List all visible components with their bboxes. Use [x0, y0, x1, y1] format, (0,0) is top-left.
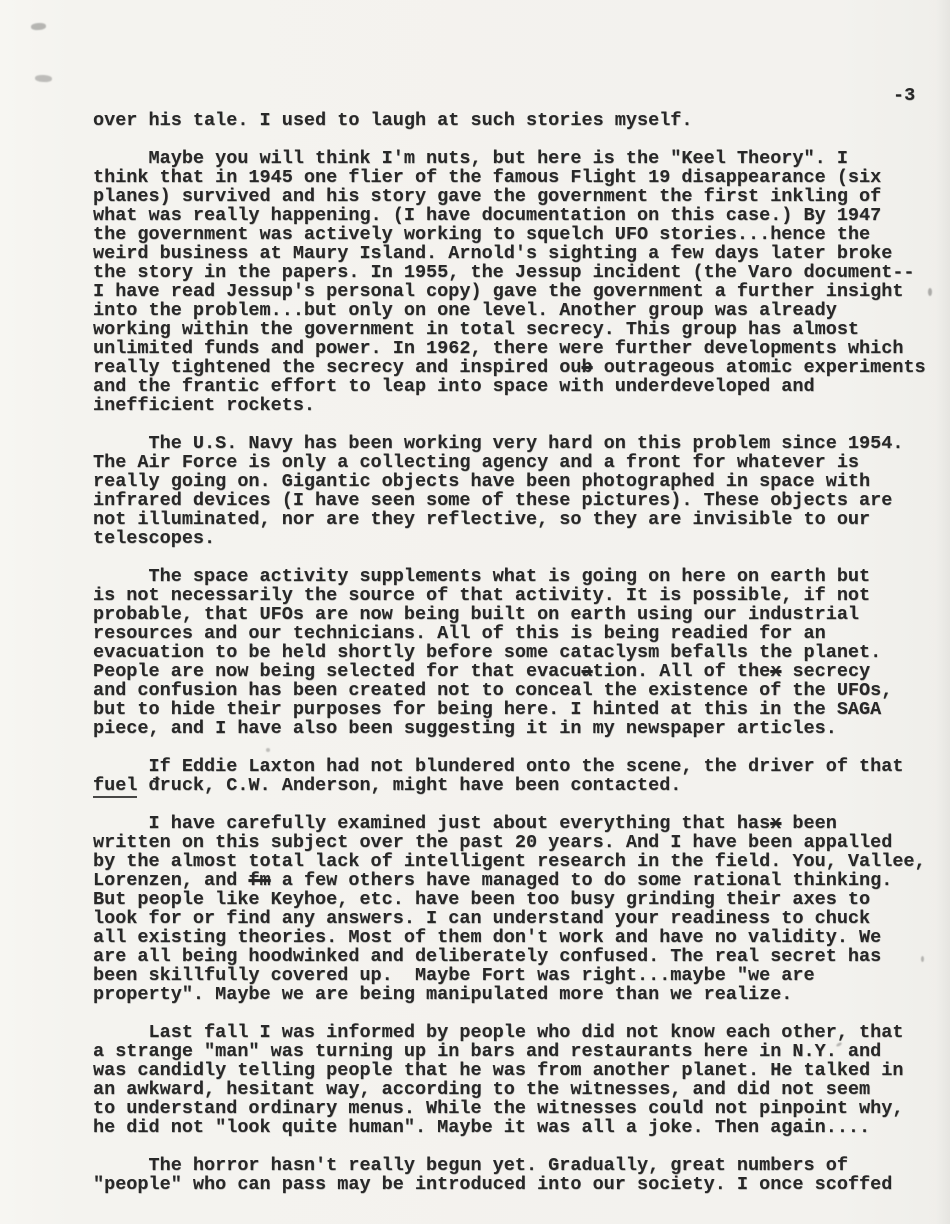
- text-segment: a few others have managed to do some rat…: [271, 870, 893, 891]
- text-line: a strange "man" was turning up in bars a…: [93, 1042, 926, 1061]
- paragraph: Last fall I was informed by people who d…: [93, 1023, 926, 1137]
- text-line: working within the government in total s…: [93, 320, 926, 339]
- text-line: into the problem...but only on one level…: [93, 301, 926, 320]
- text-line: fuel đruck, C.W. Anderson, might have be…: [93, 776, 926, 795]
- text-line: People are now being selected for that e…: [93, 662, 926, 681]
- text-line: The horror hasn't really begun yet. Grad…: [93, 1156, 926, 1175]
- text-line: "people" who can pass may be introduced …: [93, 1175, 926, 1194]
- text-segment: Lorenzen, and: [93, 870, 248, 891]
- text-line: really going on. Gigantic objects have b…: [93, 472, 926, 491]
- overstruck-text: x: [770, 813, 781, 834]
- text-segment: really tightened the secrecy and inspire…: [93, 357, 581, 378]
- paragraph: Maybe you will think I'm nuts, but here …: [93, 149, 926, 415]
- text-line: probable, that UFOs are now being built …: [93, 605, 926, 624]
- text-line: think that in 1945 one flier of the famo…: [93, 168, 926, 187]
- text-line: all existing theories. Most of them don'…: [93, 928, 926, 947]
- overstruck-text: a: [581, 661, 592, 682]
- overstruck-text: b: [581, 357, 592, 378]
- text-line: Lorenzen, and fm a few others have manag…: [93, 871, 926, 890]
- scan-edge-shadow: [936, 0, 950, 1224]
- paragraph: The space activity supplements what is g…: [93, 567, 926, 738]
- text-line: evacuation to be held shortly before som…: [93, 643, 926, 662]
- text-line: look for or find any answers. I can unde…: [93, 909, 926, 928]
- text-line: infrared devices (I have seen some of th…: [93, 491, 926, 510]
- paragraph: If Eddie Laxton had not blundered onto t…: [93, 757, 926, 795]
- text-segment: People are now being selected for that e…: [93, 661, 581, 682]
- text-line: If Eddie Laxton had not blundered onto t…: [93, 757, 926, 776]
- text-line: The Air Force is only a collecting agenc…: [93, 453, 926, 472]
- overstruck-text: x: [770, 661, 781, 682]
- text-line: resources and our technicians. All of th…: [93, 624, 926, 643]
- text-segment: outrageous atomic experiments: [593, 357, 926, 378]
- text-line: are all being hoodwinked and deliberatel…: [93, 947, 926, 966]
- overstruck-text: fm: [248, 870, 270, 891]
- paragraph: I have carefully examined just about eve…: [93, 814, 926, 1004]
- text-line: but to hide their purposes for being her…: [93, 700, 926, 719]
- text-line: the story in the papers. In 1955, the Je…: [93, 263, 926, 282]
- text-line: been skillfully covered up. Maybe Fort w…: [93, 966, 926, 985]
- underlined-text: fuel: [93, 775, 137, 798]
- letter-body: over his tale. I used to laugh at such s…: [93, 111, 926, 1194]
- text-line: telescopes.: [93, 529, 926, 548]
- text-segment: tion. All of the: [593, 661, 771, 682]
- scan-artifact-mark: [35, 75, 52, 83]
- text-line: over his tale. I used to laugh at such s…: [93, 111, 926, 130]
- document-page: -3 over his tale. I used to laugh at suc…: [0, 0, 950, 1224]
- text-line: is not necessarily the source of that ac…: [93, 586, 926, 605]
- text-line: property". Maybe we are being manipulate…: [93, 985, 926, 1004]
- paragraph: The U.S. Navy has been working very hard…: [93, 434, 926, 548]
- text-line: Last fall I was informed by people who d…: [93, 1023, 926, 1042]
- text-line: to understand ordinary menus. While the …: [93, 1099, 926, 1118]
- paragraph: The horror hasn't really begun yet. Grad…: [93, 1156, 926, 1194]
- text-line: unlimited funds and power. In 1962, ther…: [93, 339, 926, 358]
- text-line: written on this subject over the past 20…: [93, 833, 926, 852]
- text-line: planes) survived and his story gave the …: [93, 187, 926, 206]
- text-line: and confusion has been created not to co…: [93, 681, 926, 700]
- text-segment: I have carefully examined just about eve…: [93, 813, 770, 834]
- text-segment: đruck, C.W. Anderson, might have been co…: [137, 775, 681, 796]
- text-line: I have read Jessup's personal copy) gave…: [93, 282, 926, 301]
- scan-speck: [928, 288, 932, 296]
- text-line: Maybe you will think I'm nuts, but here …: [93, 149, 926, 168]
- text-line: not illuminated, nor are they reflective…: [93, 510, 926, 529]
- text-segment: been: [781, 813, 837, 834]
- text-line: inefficient rockets.: [93, 396, 926, 415]
- text-line: what was really happening. (I have docum…: [93, 206, 926, 225]
- scan-artifact-mark: [31, 22, 46, 30]
- paragraph: over his tale. I used to laugh at such s…: [93, 111, 926, 130]
- text-line: The U.S. Navy has been working very hard…: [93, 434, 926, 453]
- text-line: was candidly telling people that he was …: [93, 1061, 926, 1080]
- text-line: by the almost total lack of intelligent …: [93, 852, 926, 871]
- text-line: The space activity supplements what is g…: [93, 567, 926, 586]
- text-line: But people like Keyhoe, etc. have been t…: [93, 890, 926, 909]
- text-line: the government was actively working to s…: [93, 225, 926, 244]
- text-segment: secrecy: [781, 661, 870, 682]
- page-number: -3: [893, 86, 915, 105]
- text-line: an awkward, hesitant way, according to t…: [93, 1080, 926, 1099]
- text-line: piece, and I have also been suggesting i…: [93, 719, 926, 738]
- text-line: I have carefully examined just about eve…: [93, 814, 926, 833]
- text-line: he did not "look quite human". Maybe it …: [93, 1118, 926, 1137]
- text-line: and the frantic effort to leap into spac…: [93, 377, 926, 396]
- text-line: really tightened the secrecy and inspire…: [93, 358, 926, 377]
- text-line: weird business at Maury Island. Arnold's…: [93, 244, 926, 263]
